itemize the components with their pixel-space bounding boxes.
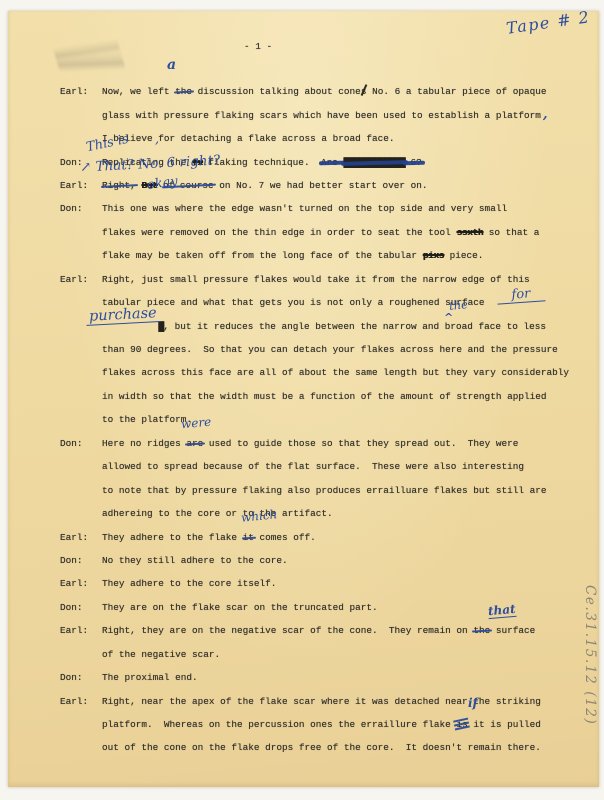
handwritten-insert-a: a: [167, 57, 176, 73]
speaker-label: Earl:: [60, 696, 102, 707]
typed-text: to note that by pressure flaking also pr…: [102, 485, 546, 496]
typed-text: than 90 degrees. So that you can detach …: [102, 344, 558, 355]
speaker-label: Don:: [60, 672, 102, 683]
typed-segment: flakes across this face are all of about…: [102, 367, 569, 378]
typed-segment: This one was where the edge wasn't turne…: [102, 203, 507, 214]
typed-segment: flakes were removed on the thin edge in …: [102, 227, 456, 238]
typed-segment: They are on the flake scar on the trunca…: [102, 602, 378, 613]
typed-segment: No they still adhere to the core.: [102, 555, 288, 566]
typed-segment: of the negative scar.: [102, 649, 220, 660]
typed-text: No they still adhere to the core.: [102, 555, 288, 566]
typed-text: allowed to spread because of the flat su…: [102, 461, 524, 472]
typed-text: platform. Whereas on the percussion ones…: [102, 719, 541, 730]
typed-segment: is: [456, 719, 467, 730]
handwritten-for: for: [497, 285, 546, 304]
speaker-label: Don:: [60, 602, 102, 613]
transcript-line: allowed to spread because of the flat su…: [60, 455, 569, 478]
speaker-label: Earl:: [60, 625, 102, 636]
transcript-line: Earl:Right, But of course on No. 7 we ha…: [60, 174, 569, 197]
typed-text: flake may be taken off from the long fac…: [102, 250, 483, 261]
typed-segment: They adhere to the core itself.: [102, 578, 276, 589]
typed-text: This one was where the edge wasn't turne…: [102, 203, 507, 214]
typed-text: Now, we left the discussion talking abou…: [102, 86, 546, 97]
typed-segment: the: [473, 625, 490, 636]
transcript-line: Earl:They adhere to the flake it comes o…: [60, 525, 569, 548]
typed-segment: surface: [490, 625, 535, 636]
typed-segment: to note that by pressure flaking also pr…: [102, 485, 546, 496]
transcript-line: flake may be taken off from the long fac…: [60, 244, 569, 267]
typed-segment: ████████████: [343, 157, 405, 168]
transcript-line: Earl:Right, they are on the negative sca…: [60, 619, 569, 642]
typed-text: in width so that the width must be a fun…: [102, 391, 546, 402]
transcript: Earl:Now, we left the discussion talking…: [60, 80, 569, 760]
speaker-label: Don:: [60, 203, 102, 214]
speaker-label: Don:: [60, 438, 102, 449]
typed-text: The proximal end.: [102, 672, 198, 683]
typed-segment: piece.: [444, 250, 483, 261]
typed-segment: Are: [321, 157, 344, 168]
typed-segment: tabular piece and what that gets you is …: [102, 297, 490, 308]
typed-segment: it: [243, 532, 254, 543]
typed-text: to the platform.: [102, 414, 192, 425]
transcript-line: Don:The proximal end.: [60, 666, 569, 689]
handwritten-that: that: [487, 602, 516, 619]
typed-segment: Right, just small pressure flakes would …: [102, 274, 530, 285]
typed-segment: They adhere to the flake: [102, 532, 243, 543]
typed-segment: glass with pressure flaking scars which …: [102, 110, 541, 121]
speaker-label: Earl:: [60, 180, 102, 191]
typed-segment: I believe for detaching a flake across a…: [102, 133, 395, 144]
typed-segment: discussion talking about cone: [192, 86, 361, 97]
typed-segment: so that a: [483, 227, 539, 238]
transcript-line: of the negative scar.: [60, 643, 569, 666]
typed-segment: Now, we left: [102, 86, 175, 97]
typed-segment: flake may be taken off from the long fac…: [102, 250, 423, 261]
typed-segment: in width so that the width must be a fun…: [102, 391, 546, 402]
transcript-line: to note that by pressure flaking also pr…: [60, 478, 569, 501]
transcript-line: Don:Here no ridges are used to guide tho…: [60, 432, 569, 455]
typed-text: glass with pressure flaking scars which …: [102, 110, 541, 121]
typed-text: Right, just small pressure flakes would …: [102, 274, 530, 285]
typed-text: Here no ridges are used to guide those s…: [102, 438, 518, 449]
typed-segment: , but it reduces the angle between the n…: [163, 321, 546, 332]
typed-text: out of the cone on the flake drops free …: [102, 742, 541, 753]
speaker-label: Earl:: [60, 532, 102, 543]
typed-text: █, but it reduces the angle between the …: [102, 321, 546, 332]
typed-segment: Right,: [102, 180, 136, 191]
typed-text: of the negative scar.: [102, 649, 220, 660]
transcript-line: Earl:Right, near the apex of the flake s…: [60, 689, 569, 712]
typed-segment: Here no ridges: [102, 438, 186, 449]
typed-text: They adhere to the flake it comes off.: [102, 532, 316, 543]
typed-text: adhereing to the core or to the artifact…: [102, 508, 333, 519]
transcript-line: Don:This one was where the edge wasn't t…: [60, 197, 569, 220]
handwritten-caret: ^: [444, 311, 453, 324]
speaker-label: Earl:: [60, 86, 102, 97]
typed-text: Right, they are on the negative scar of …: [102, 625, 535, 636]
typed-text: flakes were removed on the thin edge in …: [102, 227, 539, 238]
typed-segment: it is pulled: [468, 719, 541, 730]
typed-segment: pixs: [423, 250, 444, 261]
typed-text: They are on the flake scar on the trunca…: [102, 602, 378, 613]
typed-segment: are: [186, 438, 203, 449]
typed-segment: No. 6 a tabular piece of opaque: [366, 86, 546, 97]
typed-segment: Right, they are on the negative scar of …: [102, 625, 473, 636]
transcript-line: to the platform.: [60, 408, 569, 431]
transcript-line: glass with pressure flaking scars which …: [60, 103, 569, 126]
typed-segment: to the platform.: [102, 414, 192, 425]
handwritten-comma: ,: [543, 107, 548, 122]
typed-segment: platform. Whereas on the percussion ones…: [102, 719, 456, 730]
typed-segment: used to guide those so that they spread …: [203, 438, 518, 449]
transcript-line: Don:No they still adhere to the core.: [60, 549, 569, 572]
scanned-document-page: { "page": { "page_number": "- 1 -", "pap…: [0, 0, 604, 800]
transcript-line: Earl:They adhere to the core itself.: [60, 572, 569, 595]
handwritten-were: were: [180, 415, 211, 432]
speaker-label: Don:: [60, 555, 102, 566]
handwritten-if: if: [468, 696, 478, 710]
transcript-line: platform. Whereas on the percussion ones…: [60, 713, 569, 736]
transcript-line: Earl:Now, we left the discussion talking…: [60, 80, 569, 103]
typed-text: I believe for detaching a flake across a…: [102, 133, 395, 144]
speaker-label: Earl:: [60, 578, 102, 589]
transcript-line: I believe for detaching a flake across a…: [60, 127, 569, 150]
typed-segment: on No. 7 we had better start over on.: [214, 180, 428, 191]
typed-segment: allowed to spread because of the flat su…: [102, 461, 524, 472]
typed-segment: adhereing to the core or to the artifact…: [102, 508, 333, 519]
typed-segment: 6?: [405, 157, 422, 168]
transcript-line: adhereing to the core or to the artifact…: [60, 502, 569, 525]
transcript-line: Earl:Right, just small pressure flakes w…: [60, 268, 569, 291]
transcript-line: than 90 degrees. So that you can detach …: [60, 338, 569, 361]
handwritten-comma: ,: [155, 132, 159, 147]
transcript-line: flakes across this face are all of about…: [60, 361, 569, 384]
typed-segment: out of the cone on the flake drops free …: [102, 742, 541, 753]
transcript-line: flakes were removed on the thin edge in …: [60, 221, 569, 244]
transcript-line: out of the cone on the flake drops free …: [60, 736, 569, 759]
typed-segment: ssxth: [456, 227, 483, 238]
transcript-line: in width so that the width must be a fun…: [60, 385, 569, 408]
typed-text: They adhere to the core itself.: [102, 578, 276, 589]
handwritten-margin-catalog-number: Ce.31.15.12 (12): [582, 585, 598, 725]
typed-segment: than 90 degrees. So that you can detach …: [102, 344, 558, 355]
typed-segment: comes off.: [254, 532, 316, 543]
typed-text: flakes across this face are all of about…: [102, 367, 569, 378]
page-number: - 1 -: [244, 41, 272, 52]
speaker-label: Earl:: [60, 274, 102, 285]
typed-text: tabular piece and what that gets you is …: [102, 297, 490, 308]
typed-segment: The proximal end.: [102, 672, 198, 683]
typed-segment: the: [175, 86, 192, 97]
